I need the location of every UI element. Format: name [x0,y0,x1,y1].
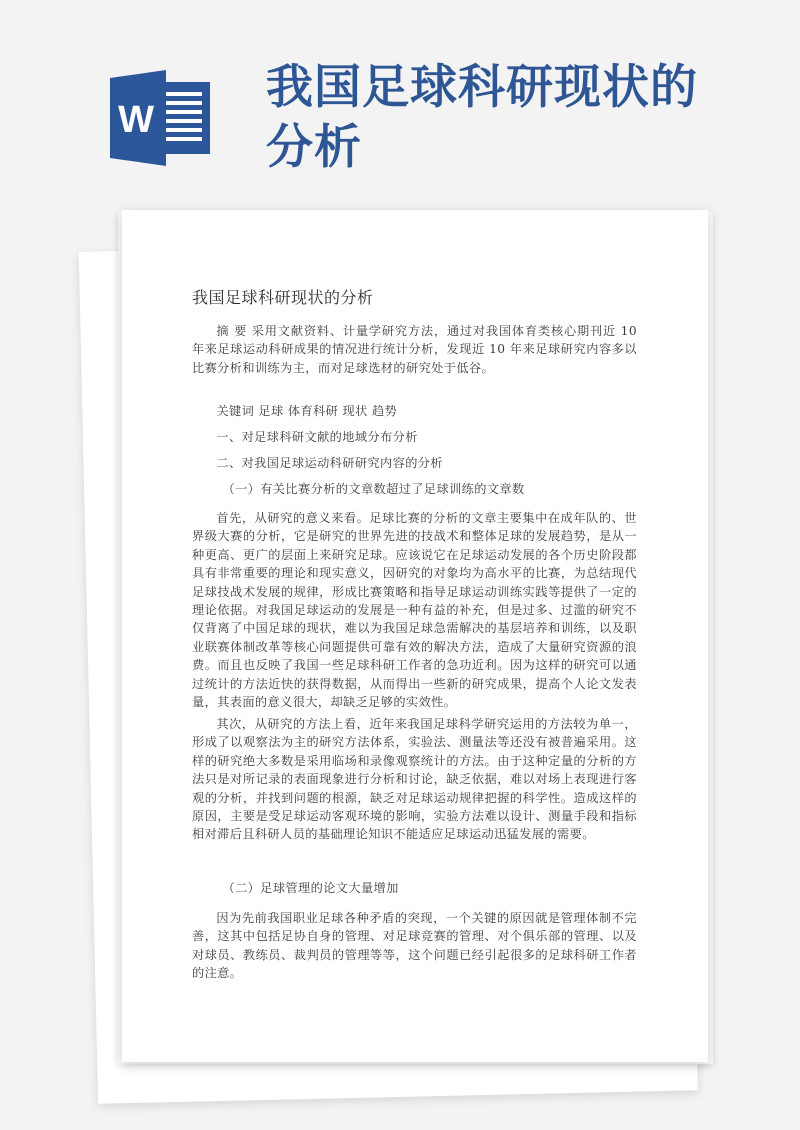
document-title: 我国足球科研现状的分析 [192,285,374,308]
subsection-heading-2: （二）足球管理的论文大量增加 [192,879,637,897]
header: W 我国足球科研现状的分析 [0,0,800,200]
header-title: 我国足球科研现状的分析 [266,58,736,178]
abstract-paragraph: 摘 要 采用文献资料、计量学研究方法，通过对我国体育类核心期刊近 10 年来足球… [192,322,637,377]
body-paragraph-3: 因为先前我国职业足球各种矛盾的突现，一个关键的原因就是管理体制不完善，这其中包括… [192,909,637,983]
body-paragraph-2: 其次，从研究的方法上看，近年来我国足球科学研究运用的方法较为单一，形成了以观察法… [192,715,637,844]
word-document-icon: W [110,70,214,166]
section-heading-2: 二、对我国足球运动科研研究内容的分析 [192,454,637,472]
section-heading-1: 一、对足球科研文献的地域分布分析 [192,428,637,446]
subsection-heading-1: （一）有关比赛分析的文章数超过了足球训练的文章数 [192,480,637,498]
keywords-line: 关键词 足球 体育科研 现状 趋势 [192,402,637,420]
svg-text:W: W [118,99,154,141]
document-page: 我国足球科研现状的分析 摘 要 采用文献资料、计量学研究方法，通过对我国体育类核… [122,210,708,1062]
body-paragraph-1: 首先，从研究的意义来看。足球比赛的分析的文章主要集中在成年队的、世界级大赛的分析… [192,509,637,711]
